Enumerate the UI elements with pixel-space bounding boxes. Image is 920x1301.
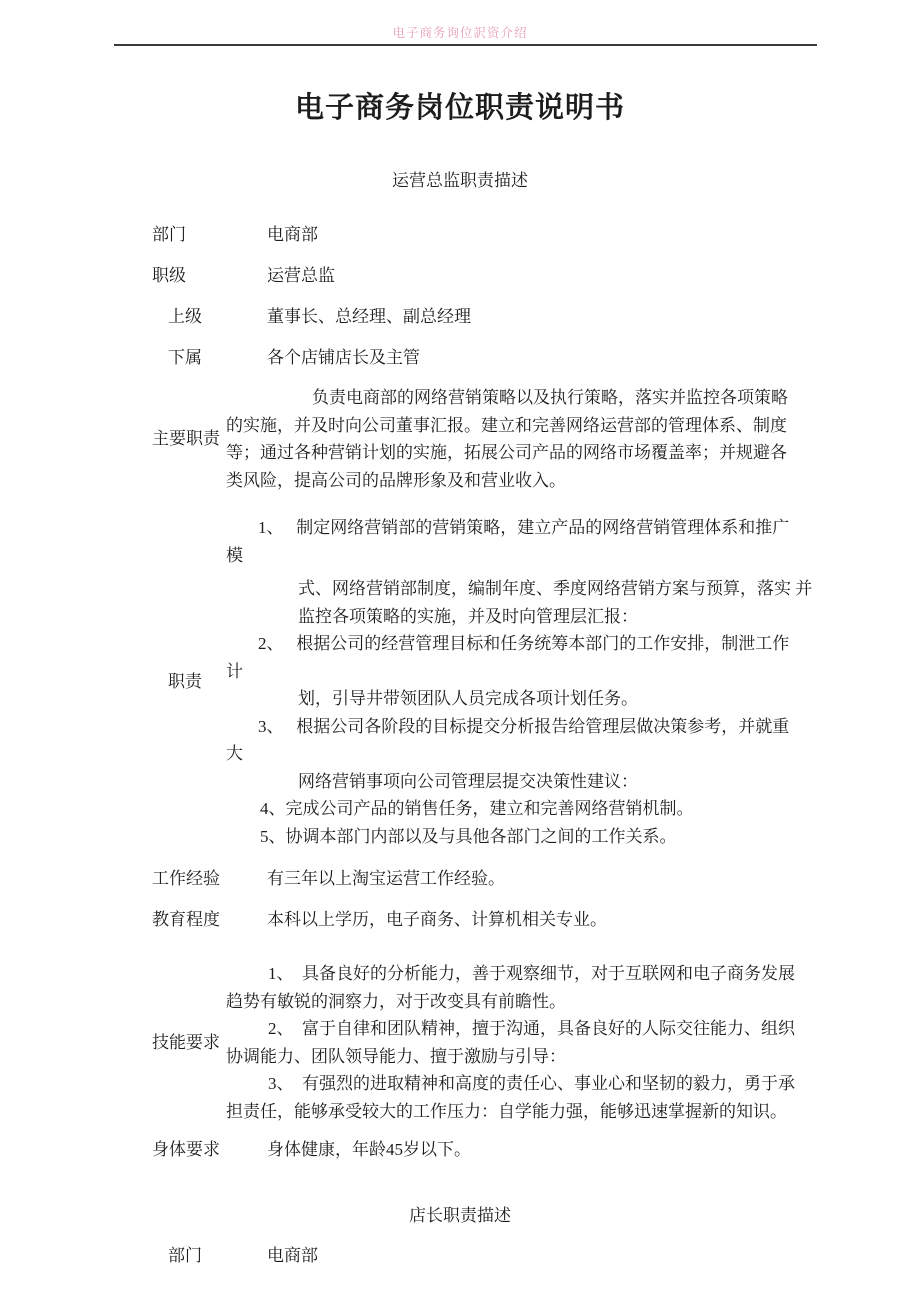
duties-list: 1、 制定网络营销部的营销策略，建立产品的网络营销管理体系和推广 模 式、网络营… [226,514,792,850]
duties-line: 计 [226,658,792,686]
table-row-main-duties: 主要职责 负责电商部的网络营销策略以及执行策略，落实并监控各项策略 的实施，并及… [0,378,920,500]
skills-line: 担责任，能够承受较大的工作压力：自学能力强，能够迅速掌握新的知识。 [226,1098,792,1126]
row-label: 部门 [152,1245,226,1267]
section-store-manager: 店长职责描述 部门 电商部 [0,1205,920,1276]
duties-line: 网络营销事项向公司管理层提交决策性建议： [226,768,792,796]
table-row-department: 部门 电商部 [0,214,920,255]
row-value: 董事长、总经理、副总经理 [226,306,471,328]
table-row-duties: 职责 1、 制定网络营销部的营销策略，建立产品的网络营销管理体系和推广 模 式、… [0,500,920,858]
row-label: 技能要求 [152,1032,226,1054]
table-row-experience: 工作经验 有三年以上淘宝运营工作经验。 [0,858,920,899]
row-value: 身体健康，年龄45岁以下。 [226,1139,471,1161]
skills-line: 协调能力、团队领导能力、擅于激励与引导： [226,1043,792,1071]
header-title: 电子商务询位訳资介绍 [0,26,920,40]
table-row-education: 教育程度 本科以上学历，电子商务、计算机相关专业。 [0,899,920,940]
row-label: 主要职责 [152,428,226,450]
table-row-department: 部门 电商部 [0,1235,920,1276]
page-header: 电子商务询位訳资介绍 [0,0,920,46]
row-label: 工作经验 [152,868,226,890]
skills-list: 1、 具备良好的分析能力，善于观察细节，对于互联网和电子商务发展 趋势有敏锐的洞… [226,960,792,1125]
row-value: 本科以上学历，电子商务、计算机相关专业。 [226,909,607,931]
table-row-skills: 技能要求 1、 具备良好的分析能力，善于观察细节，对于互联网和电子商务发展 趋势… [0,940,920,1129]
section-subtitle: 运营总监职责描述 [0,170,920,192]
skills-line: 趋势有敏锐的洞察力，对于改变具有前瞻性。 [226,988,792,1016]
row-value: 各个店铺店长及主管 [226,347,420,369]
duties-line: 监控各项策略的实施，并及时向管理层汇报： [226,603,792,631]
row-label: 上级 [152,306,226,328]
main-duties-line: 负责电商部的网络营销策略以及执行策略，落实并监控各项策略 [226,384,792,412]
main-duties-line: 等；通过各种营销计划的实施，拓展公司产品的网络市场覆盖率；并规避各 [226,439,792,467]
skills-line: 1、 具备良好的分析能力，善于观察细节，对于互联网和电子商务发展 [226,960,792,988]
section-operations-director: 运营总监职责描述 部门 电商部 职级 运营总监 上级 董事长、总经理、副总经理 … [0,170,920,1170]
table-row-superior: 上级 董事长、总经理、副总经理 [0,296,920,337]
duties-line: 模 [226,542,792,570]
row-label: 身体要求 [152,1139,226,1161]
duties-line: 4、完成公司产品的销售任务，建立和完善网络营销机制。 [226,795,792,823]
table-row-subordinates: 下属 各个店铺店长及主管 [0,337,920,378]
duties-line: 1、 制定网络营销部的营销策略，建立产品的网络营销管理体系和推广 [226,514,792,542]
main-duties-line: 类风险，提高公司的品牌形象及和营业收入。 [226,467,792,495]
table-row-rank: 职级 运营总监 [0,255,920,296]
duties-line: 2、 根据公司的经营管理目标和任务统筹本部门的工作安排，制泄工作 [226,630,792,658]
row-value: 电商部 [226,224,318,246]
main-duties-line: 的实施，并及时向公司董事汇报。建立和完善网络运营部的管理体系、制度 [226,412,792,440]
duties-line: 5、协调本部门内部以及与具他各部门之间的工作关系。 [226,823,792,851]
table-row-physical: 身体要求 身体健康，年龄45岁以下。 [0,1129,920,1170]
duties-line: 式、网络营销部制度，编制年度、季度网络营销方案与预算，落实 并 [226,575,792,603]
row-value: 电商部 [226,1245,318,1267]
row-value: 有三年以上淘宝运营工作经验。 [226,868,505,890]
row-label: 部门 [152,224,226,246]
document-title: 电子商务岗位职责说明书 [0,90,920,126]
row-label: 下属 [152,347,226,369]
row-value: 运营总监 [226,265,335,287]
skills-line: 3、 有强烈的进取精神和高度的责任心、事业心和坚韧的毅力，勇于承 [226,1070,792,1098]
duties-line: 3、 根据公司各阶段的目标提交分析报告给管理层做决策参考，并就重 [226,713,792,741]
main-duties-paragraph: 负责电商部的网络营销策略以及执行策略，落实并监控各项策略 的实施，并及时向公司董… [226,384,792,494]
document-page: 电子商务询位訳资介绍 电子商务岗位职责说明书 运营总监职责描述 部门 电商部 职… [0,0,920,1301]
row-label: 教育程度 [152,909,226,931]
row-label: 职责 [152,671,226,693]
skills-line: 2、 富于自律和团队精神，擅于沟通，具备良好的人际交往能力、组织 [226,1015,792,1043]
duties-line: 大 [226,740,792,768]
duties-line: 划，引导井带领团队人员完成各项计划任务。 [226,685,792,713]
section-subtitle: 店长职责描述 [0,1205,920,1227]
info-table: 部门 电商部 职级 运营总监 上级 董事长、总经理、副总经理 下属 各个店铺店长… [0,214,920,1170]
header-divider [114,44,817,46]
row-label: 职级 [152,265,226,287]
